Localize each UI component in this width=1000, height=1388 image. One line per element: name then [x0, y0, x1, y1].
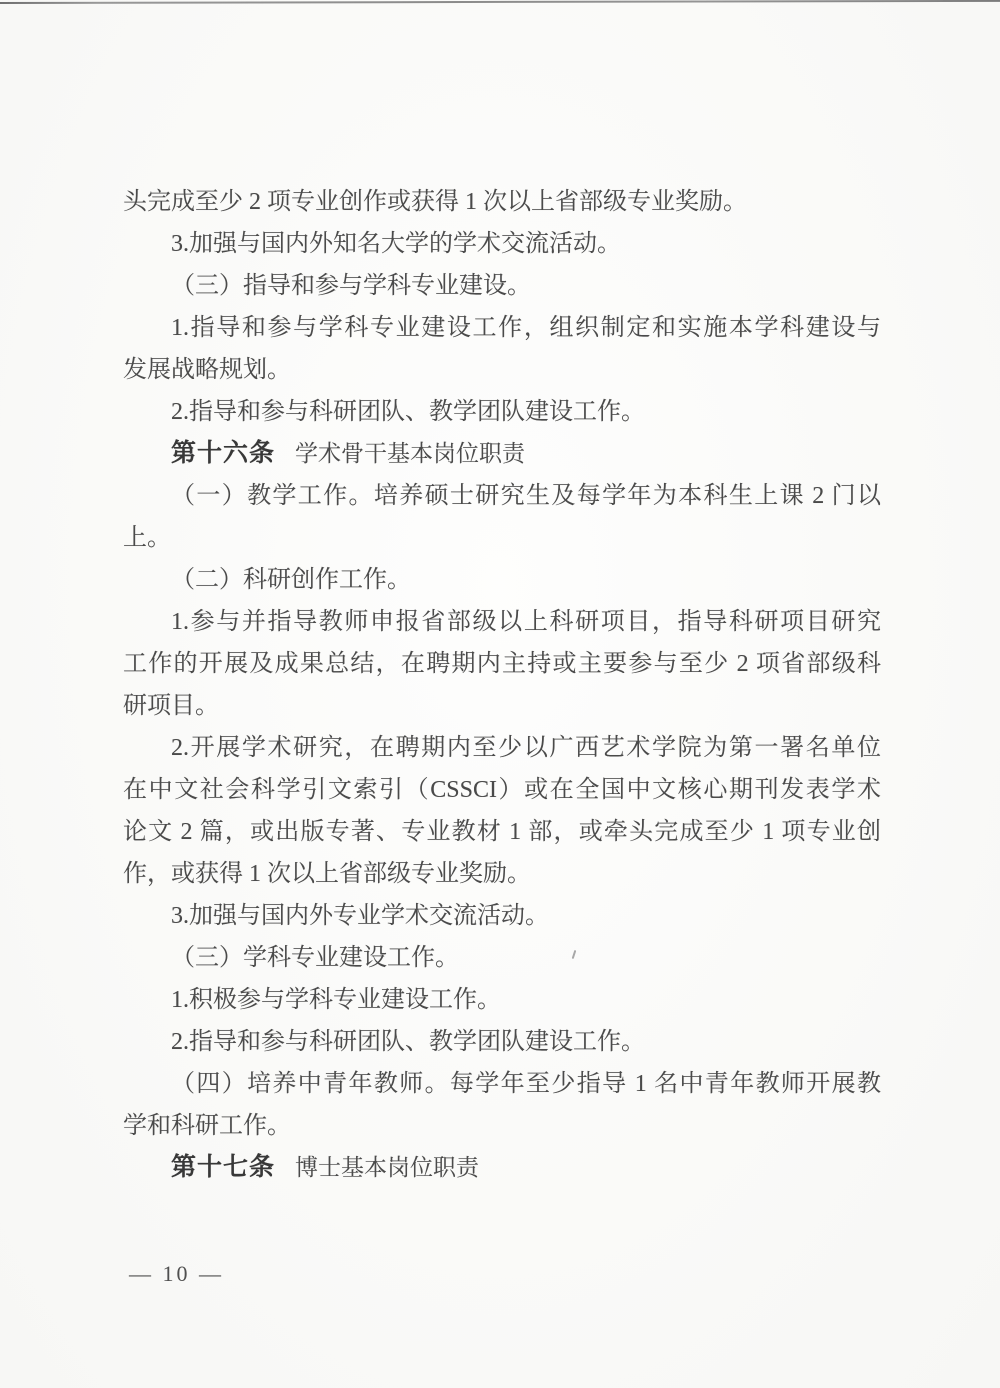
scan-edge-artifact [0, 0, 1000, 4]
text-line: 上。 [123, 517, 881, 559]
article-title: 博士基本岗位职责 [295, 1155, 479, 1180]
text-line: （一）教学工作。培养硕士研究生及每学年为本科生上课 2 门以 [123, 475, 881, 517]
text-line: 2.开展学术研究，在聘期内至少以广西艺术学院为第一署名单位 [123, 727, 881, 769]
text-line: 3.加强与国内外知名大学的学术交流活动。 [123, 223, 881, 265]
text-line: 1.积极参与学科专业建设工作。 [123, 979, 881, 1021]
text-line: 工作的开展及成果总结，在聘期内主持或主要参与至少 2 项省部级科 [123, 643, 881, 685]
text-line: （二）科研创作工作。 [123, 559, 881, 601]
text-line: 发展战略规划。 [123, 349, 881, 391]
text-line: 第十六条学术骨干基本岗位职责 [123, 433, 881, 475]
text-line: 2.指导和参与科研团队、教学团队建设工作。 [123, 391, 881, 433]
text-line: （三）学科专业建设工作。 [123, 937, 881, 979]
text-line: （四）培养中青年教师。每学年至少指导 1 名中青年教师开展教 [123, 1063, 881, 1105]
article-number: 第十七条 [171, 1154, 275, 1181]
text-line: 作，或获得 1 次以上省部级专业奖励。 [123, 853, 881, 895]
text-line: 研项目。 [123, 685, 881, 727]
page-number: — 10 — [129, 1260, 224, 1288]
article-title: 学术骨干基本岗位职责 [295, 441, 525, 466]
text-line: 1.指导和参与学科专业建设工作，组织制定和实施本学科建设与 [123, 307, 881, 349]
text-line: 1.参与并指导教师申报省部级以上科研项目，指导科研项目研究 [123, 601, 881, 643]
document-page: 头完成至少 2 项专业创作或获得 1 次以上省部级专业奖励。3.加强与国内外知名… [0, 0, 1000, 1388]
text-line: 在中文社会科学引文索引（CSSCI）或在全国中文核心期刊发表学术 [123, 769, 881, 811]
document-body: 头完成至少 2 项专业创作或获得 1 次以上省部级专业奖励。3.加强与国内外知名… [123, 181, 881, 1189]
text-line: 第十七条博士基本岗位职责 [123, 1147, 881, 1189]
text-line: 3.加强与国内外专业学术交流活动。 [123, 895, 881, 937]
text-line: 头完成至少 2 项专业创作或获得 1 次以上省部级专业奖励。 [123, 181, 881, 223]
article-number: 第十六条 [171, 440, 275, 467]
text-line: 学和科研工作。 [123, 1105, 881, 1147]
text-line: 论文 2 篇，或出版专著、专业教材 1 部，或牵头完成至少 1 项专业创 [123, 811, 881, 853]
text-line: （三）指导和参与学科专业建设。 [123, 265, 881, 307]
text-line: 2.指导和参与科研团队、教学团队建设工作。 [123, 1021, 881, 1063]
